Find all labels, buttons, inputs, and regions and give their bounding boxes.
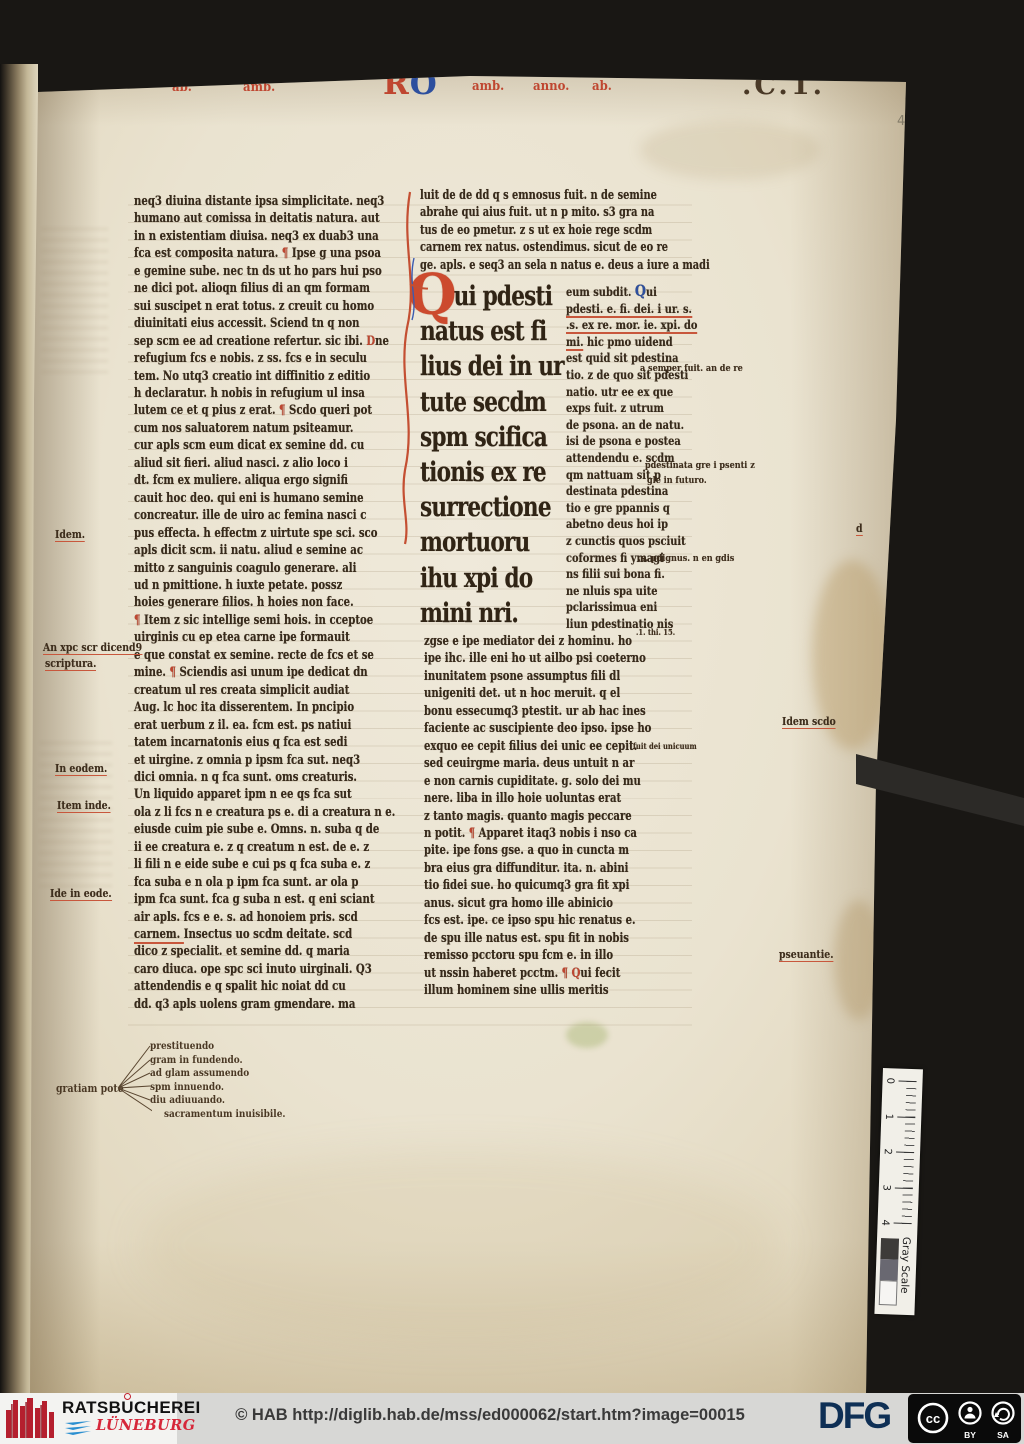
library-name: RATSBUCHEREI [62,1398,201,1418]
ruler-major-tick [895,1187,913,1189]
sa-label: SA [997,1430,1009,1440]
manuscript-line: diuinitati eius accessit. Sciend tn q no… [134,315,352,332]
manuscript-line: inunitatem psone assumptus fili dl [424,667,638,684]
ratsbuecherei-pipes-icon [4,1396,60,1441]
margin-note: Idem. [55,528,85,542]
manuscript-page: ab. amb. RO amb. anno. ab. .C.1. 4 neq3 … [0,0,1024,1444]
manuscript-line: carnem rex natus. ostendimus. sicut de e… [420,238,631,255]
manuscript-line: concreatur. ille de uiro ac femina nasci… [134,507,352,524]
running-title-ro: RO [383,66,438,102]
manuscript-line: sui suscipet n erat totus. z creuit cu h… [134,298,352,315]
manuscript-line: ns filii sui bona fi. [566,566,673,583]
folio-number: .C.1. [742,70,825,101]
grayscale-calibration-ruler: 01234 Gray Scale [874,1068,923,1315]
ruler-number: 2 [882,1148,893,1155]
manuscript-line: apls dicit scm. ii natu. aliud e semine … [134,542,352,559]
grayscale-swatches [879,1238,899,1306]
manuscript-line: tute secdm [420,385,546,420]
manuscript-line: Aug. lc hoc ita disserentem. In pncipio [134,699,352,716]
manuscript-line: ihu xpi do [420,561,546,596]
ruler-scale-numbers: 01234 [883,1068,923,1069]
running-title-ab-left: ab. [172,80,192,95]
manuscript-line: ipm fca sunt. fca g suba n est. q eni sc… [134,891,352,908]
ruler-minor-ticks [901,1081,916,1227]
manuscript-line: tio e gre ppannis q [566,500,673,517]
manuscript-line: mi. hic pmo uidend [566,334,673,351]
swatch-dark-gray [880,1238,899,1260]
manuscript-line: fca est composita natura. ¶ Ipse g una p… [134,245,352,262]
manuscript-line: cur apls scm eum dicat ex semine dd. cu [134,437,352,454]
manuscript-line: exps fuit. z utrum [566,400,673,417]
ruler-major-tick [899,1081,917,1083]
manuscript-line: lius dei in ur [420,349,546,384]
manuscript-line: pite. ipe fons gse. a quo in cuncta m [424,841,638,858]
running-title-amb-left: amb. [243,80,275,95]
ruler-number: 1 [883,1113,894,1120]
manuscript-line: ut nssin haberet pcctm. ¶ Qui fecit [424,964,638,981]
ruler-major-tick [894,1222,912,1224]
manuscript-line: cauit hoc deo. qui eni is humano semine [134,490,352,507]
manuscript-line: dici omnia. n q fca sunt. oms creaturis. [134,769,352,786]
manuscript-line: eiusde cuim pie sube e. Omns. n. suba q … [134,821,352,838]
manuscript-line: fca suba e n ola p ipm fca sunt. ar ola … [134,874,352,891]
ruler-major-tick [897,1116,915,1118]
manuscript-line: mitto z sanguinis coagulo generare. ali [134,560,352,577]
margin-note: scriptura. [45,657,96,671]
pen-flourish-icon [394,188,428,548]
swatch-mid-gray [880,1259,899,1281]
page-holder [856,744,1024,836]
manuscript-line: e gemine sube. nec tn ds ut ho pars hui … [134,263,352,280]
running-title-anno: anno. [533,79,569,94]
manuscript-line: fcs est. ipe. ce ipso spu hic renatus e. [424,911,638,928]
manuscript-line: Un liquido apparet ipm n ee qs fca sut [134,786,352,803]
margin-note: fuit dei unicuum [633,741,697,751]
margin-note: Ide in eode. [50,887,112,901]
manuscript-line: eum subdit. Qui [566,283,673,301]
manuscript-line: mini nri. [420,596,546,631]
ruler-major-tick [896,1152,914,1154]
manuscript-line: h declaratur. h nobis in refugium ul ins… [134,385,352,402]
manuscript-line: neq3 diuina distante ipsa simplicitate. … [134,193,352,210]
manuscript-line: creatum ul res creata simplicit audiat [134,682,352,699]
grayscale-label: Gray Scale [898,1237,913,1311]
page-bottom-shade [30,1240,910,1394]
diagram-item: prestituendo [150,1040,283,1054]
manuscript-line: faciente ac suscipiente deo ipso. ipse h… [424,719,638,736]
manuscript-line: tus de eo pmetur. z s ut ex hoie rege sc… [420,221,631,238]
pencil-foliation: 4 [897,114,905,129]
manuscript-line: natio. utr ee ex que [566,384,673,401]
manuscript-line: z tanto magis. quanto magis peccare [424,807,638,824]
manuscript-line: unigeniti det. ut n hoc meruit. q el [424,684,638,701]
manuscript-line: z cunctis quos psciuit [566,533,673,550]
manuscript-line: e non carnis cupiditate. g. solo dei mu [424,772,638,789]
ruler-number: 0 [884,1077,895,1084]
manuscript-line: ne dici pot. alioqn filius di an qm form… [134,280,352,297]
diagram-item: spm innuendo. [150,1081,283,1095]
manuscript-line: in n existentiam diuisa. neq3 ex duab3 u… [134,228,352,245]
manuscript-line: pus effecta. h effectm z uirtute spe sci… [134,525,352,542]
manuscript-line: exquo ee cepit filius dei unic ee cepit. [424,737,638,754]
manuscript-line: isi de psona e postea [566,433,673,450]
manuscript-line: cum nos saluatorem natum psiteamur. [134,420,352,437]
manuscript-line: ud n pmittione. h iuxte petate. possz [134,577,352,594]
cc-license-badge: cc BY SA [908,1394,1021,1443]
diagram-item: ad glam assumendo [150,1067,283,1081]
library-brand-card: RATSBUCHEREI LÜNEBURG [0,1393,177,1444]
manuscript-line: nere. liba in illo hoie uoluntas erat [424,789,638,806]
right-column-bottom-text: zgse e ipe mediator dei z hominu. hoipe … [424,632,692,999]
margin-note: pdestinata gre i psenti z [645,460,755,471]
manuscript-line: tatem incarnatonis eius q fca est sedi [134,734,352,751]
left-text-column: neq3 diuina distante ipsa simplicitate. … [134,193,414,1013]
manuscript-line: tem. No utq3 creatio int diffinitio z ed… [134,368,352,385]
manuscript-line: hoies generare filios. h hoies non face. [134,594,352,611]
manuscript-line: de spu ille natus est. spu fit in nobis [424,929,638,946]
manuscript-line: dd. q3 apls uolens gram gmendare. ma [134,996,352,1013]
manuscript-line: tionis ex re [420,455,546,490]
manuscript-line: abetno deus hoi ip [566,516,673,533]
running-title-o: O [410,66,438,102]
manuscript-line: sep scm ee ad creatione refertur. sic ib… [134,333,352,350]
commentary-sub-column: eum subdit. Quipdesti. e. fi. dei. i ur.… [566,283,696,632]
manuscript-line: attendendis e q spalit hic noiat dd cu [134,978,352,995]
manuscript-line: ipe ihc. ille eni ho ut ailbo psi coeter… [424,649,638,666]
manuscript-line: li fili n e eide sube e cui ps q fca sub… [134,856,352,873]
parchment-stain [140,1150,780,1340]
margin-note: Idem scdo [782,715,836,729]
manuscript-line: n potit. ¶ Apparet itaq3 nobis i nso ca [424,824,638,841]
lemma-display-text: ui pdestinatus est filius dei in urtute … [420,279,578,631]
margin-note: Item inde. [57,799,111,813]
copyright-url-text: © HAB http://diglib.hab.de/mss/ed000062/… [190,1406,790,1425]
manuscript-line: .s. ex re. mor. ie. xpi. do [566,317,673,334]
manuscript-line: luit de de dd q s emnosus fuit. n de sem… [420,186,631,203]
manuscript-line: bra eius gra diffunditur. ita. n. abini [424,859,638,876]
running-title-r: R [383,66,410,102]
margin-note: .s. pdignus. n en gdis [638,553,734,564]
manuscript-line: humano aut comissa in deitatis natura. a… [134,210,352,227]
margin-note: .1. thi. 15. [636,627,675,637]
manuscript-line: pclarissimua eni [566,599,673,616]
manuscript-line: ola z li fcs n e creatura ps e. di a cre… [134,804,352,821]
running-title-amb-right: amb. [472,79,504,94]
manuscript-line: e que constat ex semine. recte de fcs et… [134,647,352,664]
scan-viewer-stage: ab. amb. RO amb. anno. ab. .C.1. 4 neq3 … [0,0,1024,1444]
margin-note: pseuantie. [779,948,833,962]
manuscript-line: zgse e ipe mediator dei z hominu. ho [424,632,638,649]
library-city: LÜNEBURG [96,1417,196,1434]
cc-by-sa-icons: cc BY SA [908,1394,1021,1443]
lueneburg-waves-icon [64,1420,92,1437]
diagram-label: gratiam pote [56,1082,124,1095]
library-name-part: RATSB [62,1398,121,1417]
manuscript-line: sed ceuirgme maria. deus untuit n ar [424,754,638,771]
manuscript-line: anus. sicut gra homo ille abinicio [424,894,638,911]
ruler-number: 4 [879,1219,890,1226]
manuscript-line: ne nluis spa uite [566,583,673,600]
dfg-logo: DFG [818,1395,890,1437]
manuscript-line: carnem. Insectus uo scdm deitate. scd [134,926,352,943]
manuscript-line: air apls. fcs e e. s. ad honoiem pris. s… [134,909,352,926]
svg-text:cc: cc [926,1411,940,1426]
viewer-footer-bar: RATSBUCHEREI LÜNEBURG © HAB http://digli… [0,1393,1024,1444]
manuscript-line: ii ee creatura e. z q creatum n est. de … [134,839,352,856]
diagram-item: sacramentum inuisibile. [164,1108,285,1122]
show-through-text [42,228,108,378]
parchment-stain [640,120,820,180]
manuscript-line: ¶ Item z sic intellige semi hois. in cce… [134,612,352,629]
gutter-shadow [30,76,100,1396]
running-title-ab-right: ab. [592,79,612,94]
manuscript-line: spm scifica [420,420,546,455]
diagram-item: gram in fundendo. [150,1054,283,1068]
library-name-umlaut: U [121,1398,134,1417]
manuscript-line: tio fidei sue. ho quicumq3 gra fit xpi [424,876,638,893]
ruler-number: 3 [880,1184,891,1191]
manuscript-line: de psona. an de natu. [566,417,673,434]
manuscript-line: uirginis cu ep etea carne ipe formauit [134,629,352,646]
manuscript-line: bonu essecumq3 ptestit. ur ab hac ines [424,702,638,719]
parchment-stain [834,900,884,1020]
margin-note: d [856,522,863,536]
margin-note: gle in futuro. [647,475,707,486]
diagram-item: diu adiuuando. [150,1094,283,1108]
margin-note: a semper fuit. an de re [640,363,743,374]
margin-note: In eodem. [55,762,107,776]
parchment-stain [566,1022,608,1048]
manuscript-line: caro diuca. ope spc sci inuto uirginali.… [134,961,352,978]
manuscript-line: surrectione [420,490,546,525]
manuscript-line: et uirgine. z omnia p ipsm fca sut. neq3 [134,752,352,769]
right-column-top-text: luit de de dd q s emnosus fuit. n de sem… [420,186,690,273]
manuscript-line: dt. fcm ex muliere. aliqua ergo signifi [134,472,352,489]
manuscript-line: dico z specialit. et semine dd. q maria [134,943,352,960]
manuscript-line: lutem ce et q pius z erat. ¶ Scdo queri … [134,402,352,419]
swatch-white [879,1280,898,1306]
manuscript-line: remisso pcctoru spu fcm e. in illo [424,946,638,963]
manuscript-line: illum hominem sine ullis meritis [424,981,638,998]
manuscript-line: erat uerbum z il. ea. fcm est. ps natiui [134,717,352,734]
by-label: BY [964,1430,976,1440]
by-person-icon [960,1403,981,1424]
manuscript-line: refugium fcs e nobis. z ss. fcs e in sec… [134,350,352,367]
manuscript-line: pdesti. e. fi. dei. i ur. s. [566,301,673,318]
manuscript-line: mortuoru [420,525,546,560]
margin-note: An xpc scr dicend9 [43,641,142,655]
diagram-item-list: prestituendogram in fundendo.ad glam ass… [150,1040,307,1121]
manuscript-line: mine. ¶ Sciendis asi unum ipe dedicat dn [134,664,352,681]
manuscript-line: abrahe qui aius fuit. ut n p mito. s3 gr… [420,203,631,220]
manuscript-line: aliud sit fieri. aliud nasci. z alio loc… [134,455,352,472]
diagram-bracket-icon [116,1040,152,1126]
